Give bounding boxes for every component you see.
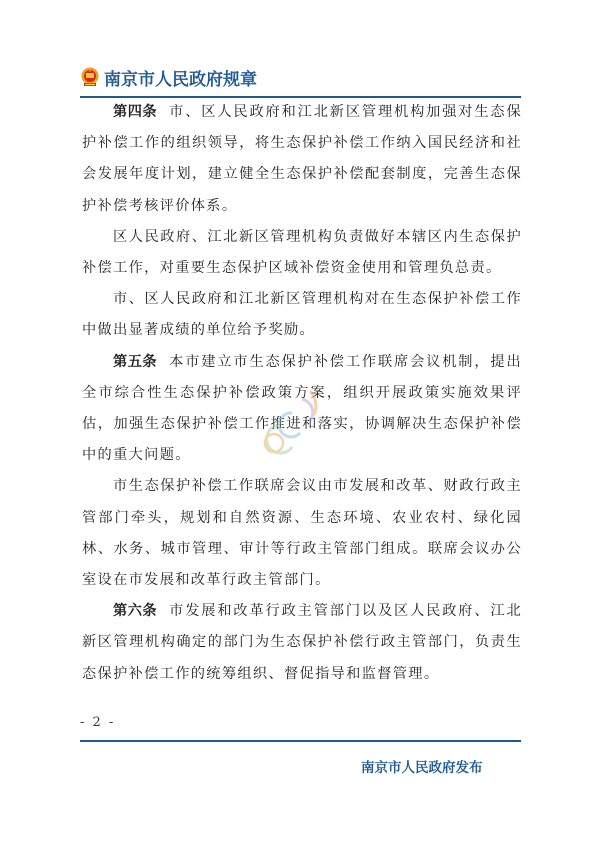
document-header: 南京市人民政府规章	[80, 63, 257, 91]
article-4-paragraph-1: 第四条市、区人民政府和江北新区管理机构加强对生态保护补偿工作的组织领导，将生态保…	[82, 97, 522, 222]
article-4-paragraph-3: 市、区人民政府和江北新区管理机构对在生态保护补偿工作中做出显著成绩的单位给予奖励…	[82, 284, 522, 346]
article-5-paragraph-2: 市生态保护补偿工作联席会议由市发展和改革、财政行政主管部门牵头，规划和自然资源、…	[82, 471, 522, 596]
publisher-label: 南京市人民政府发布	[361, 756, 483, 776]
paragraph-text: 市、区人民政府和江北新区管理机构加强对生态保护补偿工作的组织领导，将生态保护补偿…	[82, 104, 522, 214]
article-5-paragraph-1: 第五条本市建立市生态保护补偿工作联席会议机制，提出全市综合性生态保护补偿政策方案…	[82, 347, 522, 472]
article-6-paragraph-1: 第六条市发展和改革行政主管部门以及区人民政府、江北新区管理机构确定的部门为生态保…	[82, 596, 522, 690]
article-number: 第六条	[113, 603, 157, 619]
page-number: - 2 -	[80, 715, 115, 730]
article-number: 第五条	[113, 354, 157, 370]
footer-divider	[80, 740, 521, 742]
document-body: 第四条市、区人民政府和江北新区管理机构加强对生态保护补偿工作的组织领导，将生态保…	[82, 97, 522, 690]
article-4-paragraph-2: 区人民政府、江北新区管理机构负责做好本辖区内生态保护补偿工作，对重要生态保护区域…	[82, 222, 522, 284]
document-series-title: 南京市人民政府规章	[104, 65, 257, 90]
paragraph-text: 本市建立市生态保护补偿工作联席会议机制，提出全市综合性生态保护补偿政策方案，组织…	[82, 354, 522, 464]
article-number: 第四条	[113, 104, 157, 120]
national-emblem-icon	[80, 66, 100, 88]
